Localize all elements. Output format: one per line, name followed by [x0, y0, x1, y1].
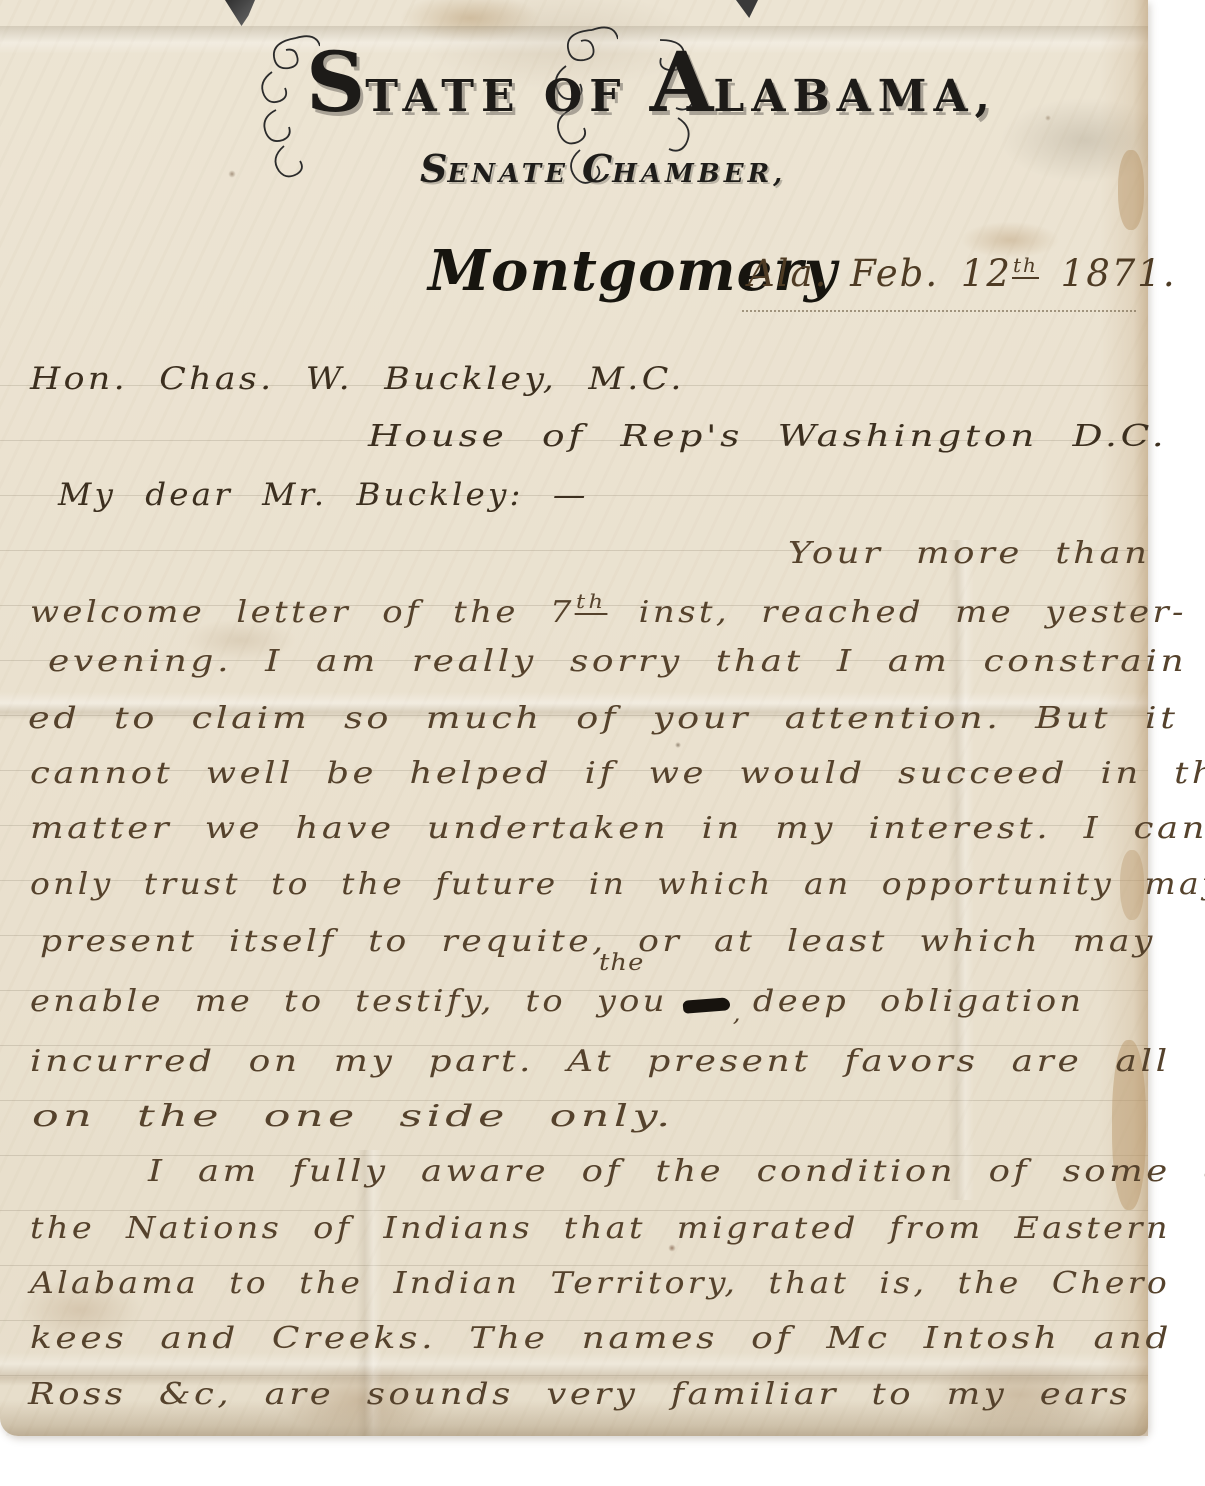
inserted-word: the: [599, 951, 645, 976]
handwritten-line-16: Ross &c, are sounds very familiar to my …: [28, 1378, 1131, 1411]
handwritten-line-7: only trust to the future in which an opp…: [30, 868, 1205, 901]
handwritten-line-11: on the one side only.: [32, 1100, 675, 1133]
letterhead-subtitle-initial: C: [582, 150, 612, 188]
ink-blot: [683, 997, 731, 1014]
handwritten-line-13: the Nations of Indians that migrated fro…: [30, 1212, 1171, 1245]
handwritten-line-1: Your more than: [788, 537, 1150, 570]
handwritten-line-8: present itself to requite, or at least w…: [40, 925, 1156, 958]
letterhead-title-text: LABAMA,: [713, 75, 997, 119]
line-text: enable me to testify, to you: [30, 984, 668, 1019]
handwritten-line-15: kees and Creeks. The names of Mc Intosh …: [30, 1322, 1172, 1355]
date-text: Ala. Feb. 12: [748, 252, 1012, 295]
letterhead-subtitle-initial: S: [420, 150, 447, 188]
letterhead-title: STATE OF ALABAMA,: [306, 42, 997, 124]
handwritten-line-10: incurred on my part. At present favors a…: [30, 1045, 1171, 1078]
handwritten-date: Ala. Feb. 12th 1871.: [748, 252, 1177, 295]
letterhead-title-initial: S: [306, 42, 365, 124]
clip-mark: [736, 0, 758, 18]
edge-stain: [1118, 150, 1144, 230]
handwritten-line-12: I am fully aware of the condition of som…: [148, 1155, 1205, 1188]
insertion-caret: ,: [733, 1002, 744, 1027]
letterhead-subtitle-text: HAMBER,: [612, 161, 786, 187]
addressee-line: Hon. Chas. W. Buckley, M.C.: [30, 362, 685, 396]
handwritten-line-6: matter we have undertaken in my interest…: [30, 812, 1205, 845]
letterhead-title-text: TATE OF: [365, 75, 650, 119]
handwritten-line-4: ed to claim so much of your attention. B…: [28, 702, 1179, 735]
handwritten-line-3: evening. I am really sorry that I am con…: [48, 645, 1187, 678]
letter-page: STATE OF ALABAMA, SENATE CHAMBER, Montgo…: [0, 0, 1148, 1436]
handwritten-line-14: Alabama to the Indian Territory, that is…: [30, 1267, 1170, 1300]
line-superscript: th: [575, 589, 608, 615]
handwritten-line-2: welcome letter of the 7th inst, reached …: [30, 590, 1187, 629]
line-text: inst, reached me yester-: [608, 595, 1187, 630]
handwritten-line-5: cannot well be helped if we would succee…: [30, 757, 1205, 790]
line-text: deep obligation: [753, 984, 1085, 1019]
handwritten-line-9: enable me to testify, to you,deep obliga…: [30, 985, 1084, 1027]
line-text: welcome letter of the 7: [30, 595, 575, 630]
date-text: 1871.: [1039, 252, 1177, 295]
scanned-letter: STATE OF ALABAMA, SENATE CHAMBER, Montgo…: [0, 0, 1205, 1486]
salutation-line: My dear Mr. Buckley: —: [58, 478, 589, 512]
letterhead-subtitle: SENATE CHAMBER,: [420, 150, 786, 188]
letterhead-title-initial: A: [650, 42, 714, 124]
letterhead-subtitle-text: ENATE: [447, 161, 582, 187]
addressee-line: House of Rep's Washington D.C.: [368, 420, 1167, 453]
clip-mark: [225, 0, 255, 26]
date-superscript: th: [1012, 253, 1039, 279]
